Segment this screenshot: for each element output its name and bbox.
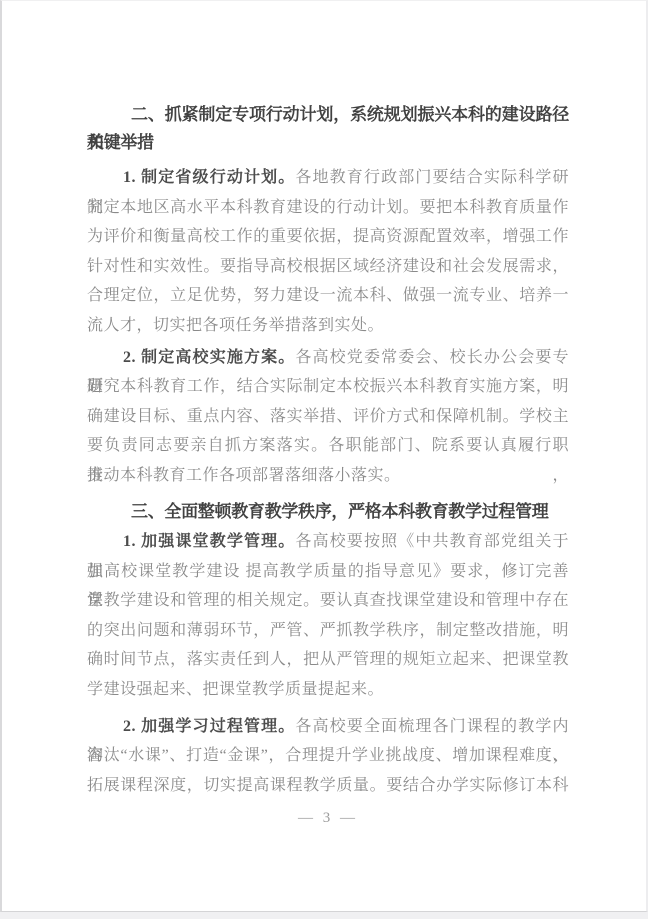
heading-text: 三、全面整顿教育教学秩序，严格本科教育教学过程管理	[131, 502, 549, 521]
text-line: 确建设目标、重点内容、落实举措、评价方式和保障机制。学校主	[87, 402, 569, 432]
text-line: 1. 制定省级行动计划。各地教育行政部门要结合实际科学研究	[87, 163, 569, 193]
screenshot-root: 二、抓紧制定专项行动计划，系统规划振兴本科的建设路径和 关键举措 1. 制定省级…	[0, 0, 648, 919]
text-line: 拓展课程深度，切实提高课程教学质量。要结合办学实际修订本科	[87, 771, 569, 801]
text-line: 2. 制定高校实施方案。各高校党委常委会、校长办公会要专题	[87, 343, 569, 373]
paragraph-2: 2. 制定高校实施方案。各高校党委常委会、校长办公会要专题 研究本科教育工作，结…	[87, 343, 569, 491]
paragraph-3: 1. 加强课堂教学管理。各高校要按照《中共教育部党组关于加 强高校课堂教学建设 …	[87, 527, 569, 705]
paragraph-4: 2. 加强学习过程管理。各高校要全面梳理各门课程的教学内容， 淘汰“水课”、打造…	[87, 712, 569, 801]
text-line: 1. 加强课堂教学管理。各高校要按照《中共教育部党组关于加	[87, 527, 569, 557]
line-text: 淘汰“水课”、打造“金课”，合理提升学业挑战度、增加课程难度、	[87, 747, 569, 764]
heading-line: 三、全面整顿教育教学秩序，严格本科教育教学过程管理	[87, 498, 569, 526]
bold-lead: 1. 加强课堂教学管理。	[123, 533, 295, 550]
line-text: 确建设目标、重点内容、落实举措、评价方式和保障机制。学校主	[87, 408, 569, 425]
document-content: 二、抓紧制定专项行动计划，系统规划振兴本科的建设路径和 关键举措 1. 制定省级…	[87, 101, 569, 827]
document-page: 二、抓紧制定专项行动计划，系统规划振兴本科的建设路径和 关键举措 1. 制定省级…	[0, 0, 648, 912]
text-line: 确时间节点，落实责任到人，把从严管理的规矩立起来、把课堂教	[87, 645, 569, 675]
text-line: 2. 加强学习过程管理。各高校要全面梳理各门课程的教学内容，	[87, 712, 569, 742]
line-text: 确时间节点，落实责任到人，把从严管理的规矩立起来、把课堂教	[87, 651, 569, 668]
section-heading-two: 二、抓紧制定专项行动计划，系统规划振兴本科的建设路径和 关键举措	[87, 101, 569, 156]
text-line: 堂教学建设和管理的相关规定。要认真查找课堂建设和管理中存在	[87, 586, 569, 616]
bold-lead: 1. 制定省级行动计划。	[123, 169, 295, 186]
line-text: 的突出问题和薄弱环节，严管、严抓教学秩序，制定整改措施，明	[87, 622, 569, 639]
text-line: 要负责同志要亲自抓方案落实。各职能部门、院系要认真履行职责，	[87, 431, 569, 461]
line-text: 学建设强起来、把课堂教学质量提起来。	[87, 681, 384, 698]
line-text: 推动本科教育工作各项部署落细落小落实。	[87, 467, 401, 484]
line-text: 合理定位，立足优势，努力建设一流本科、做强一流专业、培养一	[87, 287, 569, 304]
line-text: 流人才，切实把各项任务举措落到实处。	[87, 317, 384, 334]
text-line: 强高校课堂教学建设 提高教学质量的指导意见》要求，修订完善课	[87, 557, 569, 587]
text-line: 为评价和衡量高校工作的重要依据，提高资源配置效率，增强工作	[87, 222, 569, 252]
line-text: 拓展课程深度，切实提高课程教学质量。要结合办学实际修订本科	[87, 777, 569, 794]
text-line: 合理定位，立足优势，努力建设一流本科、做强一流专业、培养一	[87, 281, 569, 311]
text-line: 针对性和实效性。要指导高校根据区域经济建设和社会发展需求，	[87, 252, 569, 282]
paragraph-1: 1. 制定省级行动计划。各地教育行政部门要结合实际科学研究 制定本地区高水平本科…	[87, 163, 569, 341]
heading-line: 关键举措	[87, 129, 569, 157]
bold-lead: 2. 加强学习过程管理。	[123, 718, 295, 735]
text-line: 淘汰“水课”、打造“金课”，合理提升学业挑战度、增加课程难度、	[87, 741, 569, 771]
section-heading-three: 三、全面整顿教育教学秩序，严格本科教育教学过程管理	[87, 498, 569, 526]
text-line: 制定本地区高水平本科教育建设的行动计划。要把本科教育质量作	[87, 193, 569, 223]
bold-lead: 2. 制定高校实施方案。	[123, 349, 295, 366]
text-line: 流人才，切实把各项任务举措落到实处。	[87, 311, 569, 341]
heading-text: 关键举措	[87, 133, 154, 152]
line-text: 针对性和实效性。要指导高校根据区域经济建设和社会发展需求，	[87, 258, 569, 275]
text-line: 研究本科教育工作，结合实际制定本校振兴本科教育实施方案，明	[87, 372, 569, 402]
heading-line: 二、抓紧制定专项行动计划，系统规划振兴本科的建设路径和	[87, 101, 569, 129]
line-text: 研究本科教育工作，结合实际制定本校振兴本科教育实施方案，明	[87, 378, 569, 395]
text-line: 的突出问题和薄弱环节，严管、严抓教学秩序，制定整改措施，明	[87, 616, 569, 646]
line-text: 制定本地区高水平本科教育建设的行动计划。要把本科教育质量作	[87, 199, 569, 216]
line-text: 堂教学建设和管理的相关规定。要认真查找课堂建设和管理中存在	[87, 592, 569, 609]
text-line: 学建设强起来、把课堂教学质量提起来。	[87, 675, 569, 705]
line-text: 为评价和衡量高校工作的重要依据，提高资源配置效率，增强工作	[87, 228, 569, 245]
scan-edge	[0, 912, 648, 919]
page-number: — 3 —	[87, 810, 569, 827]
